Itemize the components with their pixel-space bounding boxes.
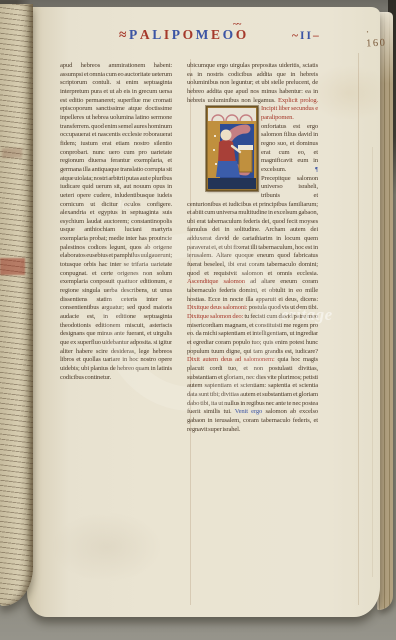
ruling-line-right	[358, 53, 359, 605]
title-letter: L	[152, 27, 164, 44]
filigree-dot	[215, 163, 217, 165]
title-letter: I	[164, 27, 172, 44]
title-letter: P	[172, 27, 183, 44]
title-letter: E	[211, 27, 223, 44]
title-letter: ~	[292, 30, 300, 42]
filigree-dot	[213, 149, 215, 151]
title-letter: –	[313, 30, 321, 42]
ground	[208, 178, 256, 189]
facing-page-ink-smudge	[2, 148, 22, 158]
title-letter: O	[223, 27, 236, 44]
historiated-initial-miniature	[206, 106, 258, 191]
facing-page-rubric-glimpse	[0, 258, 25, 275]
title-letter: II	[300, 30, 313, 42]
abbreviation-mark: ~~	[233, 19, 240, 29]
text-run: onfortatus est	[261, 123, 307, 130]
text-run: ¶	[315, 166, 318, 173]
book-numeral: ~II–	[292, 30, 321, 42]
ruling-line-margin	[372, 147, 373, 577]
initial-c-solomon-illustration	[206, 106, 258, 191]
king-head	[221, 130, 232, 141]
running-title: ≈PALIPOMEOO	[119, 27, 249, 43]
king-mantle	[216, 161, 240, 177]
title-letter: M	[196, 27, 211, 44]
filigree-dot	[214, 135, 216, 137]
text-run: ergo salomon filius david in regno suo, …	[261, 123, 318, 173]
altar-cloth	[238, 145, 253, 150]
folio-number: · 160	[366, 27, 387, 50]
title-letter: O	[183, 27, 196, 44]
watermark-ring	[103, 233, 281, 411]
title-letter: P	[129, 27, 140, 44]
photograph-background: ≈PALIPOMEOO ~~ ~II– · 160 apud hebreos a…	[0, 0, 396, 640]
text-run: Venit ergo	[235, 408, 266, 415]
title-letter: ≈	[119, 27, 129, 44]
watermark-text: eritage	[281, 305, 333, 325]
watermark-text-partial: lta	[118, 197, 132, 213]
facing-page-edge	[0, 4, 33, 606]
title-letter: O	[236, 27, 249, 44]
title-letter: A	[140, 27, 152, 44]
